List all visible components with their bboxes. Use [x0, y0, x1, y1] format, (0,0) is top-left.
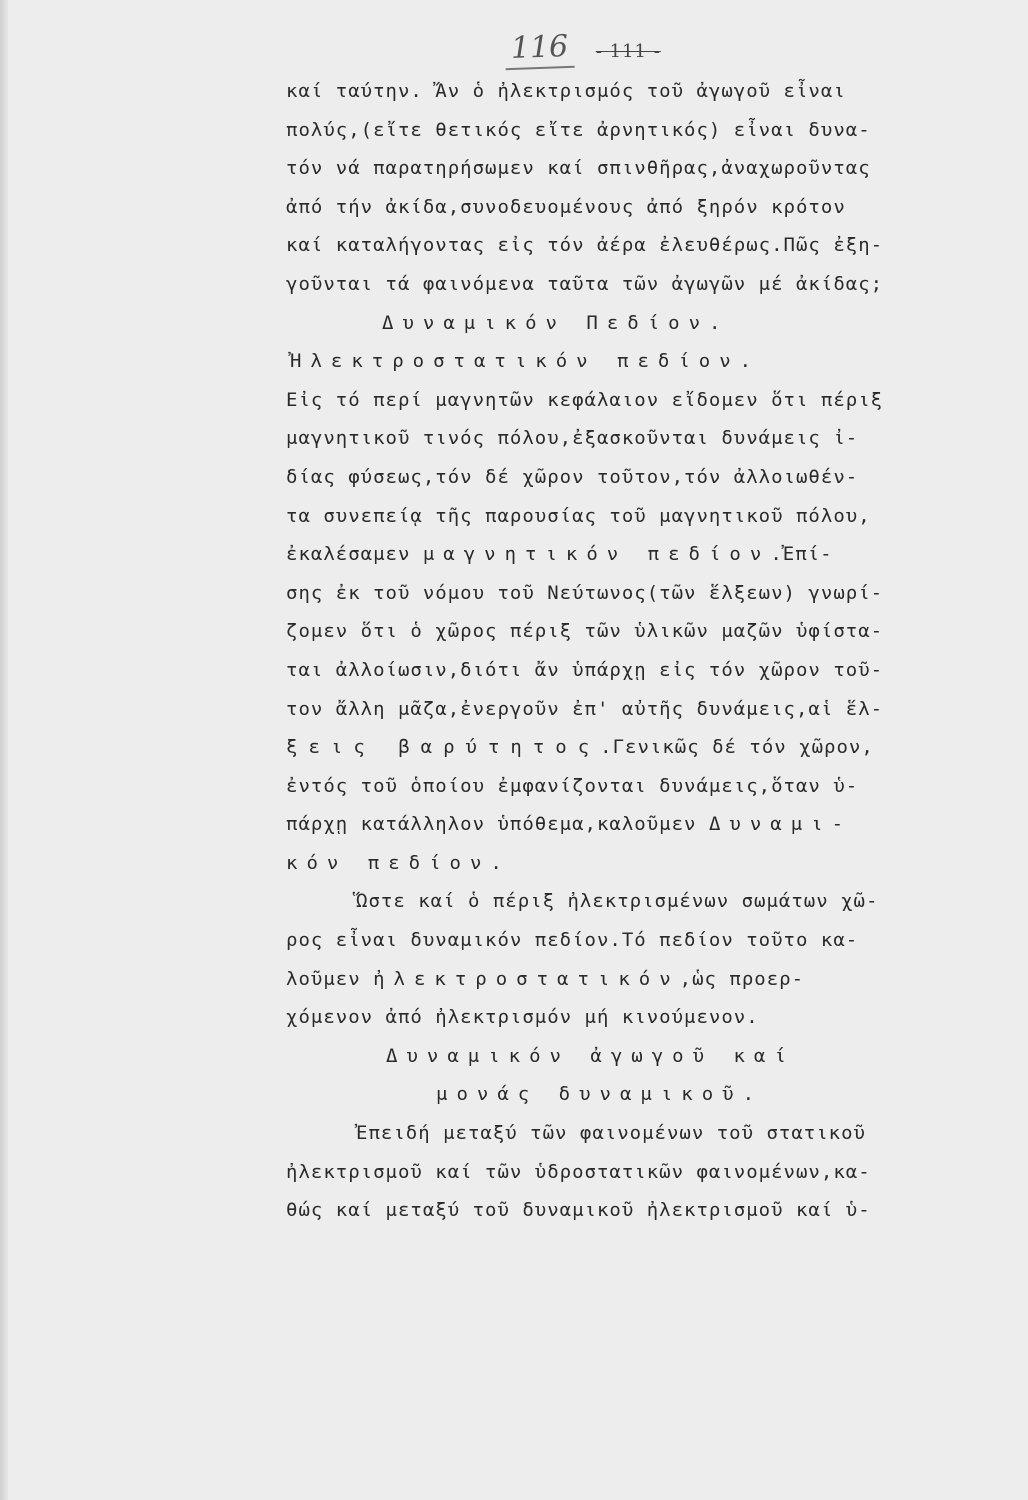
section-heading: Δυναμικόν Πεδίον. — [286, 304, 966, 343]
text-line: ἐκαλέσαμεν μαγνητικόν πεδίον.Ἐπί- — [286, 535, 966, 574]
emphasized-term: Δυναμι- — [709, 813, 852, 835]
section-heading: μονάς δυναμικοῦ. — [286, 1075, 966, 1114]
text-line: χόμενον ἀπό ἠλεκτρισμόν μή κινούμενον. — [286, 998, 966, 1037]
text-line: Εἰς τό περί μαγνητῶν κεφάλαιον εἴδομεν ὅ… — [286, 381, 966, 420]
text-line: ξεις βαρύτητος.Γενικῶς δέ τόν χῶρον, — [286, 728, 966, 767]
emphasized-term: ἠλεκτροστατικόν — [373, 968, 680, 990]
handwritten-page-number: 116 — [504, 29, 575, 70]
text-line: ἀπό τήν ἀκίδα,συνοδευομένους ἀπό ξηρόν κ… — [286, 188, 966, 227]
paragraph-start: Ἐπειδή μεταξύ τῶν φαινομένων τοῦ στατικο… — [286, 1114, 966, 1153]
text-line: ἐντός τοῦ ὁποίου ἐμφανίζονται δυνάμεις,ὅ… — [286, 767, 966, 806]
text-line: λοῦμεν ἠλεκτροστατικόν,ὡς προερ- — [286, 960, 966, 999]
page-number: 116 - 111 - — [505, 30, 661, 69]
text-line: θώς καί μεταξύ τοῦ δυναμικοῦ ἠλεκτρισμοῦ… — [286, 1191, 966, 1230]
scan-binding-edge — [0, 0, 8, 1500]
text-line: δίας φύσεως,τόν δέ χῶρον τοῦτον,τόν ἀλλο… — [286, 458, 966, 497]
struck-typed-page-number: - 111 - — [596, 41, 661, 62]
text-line: μαγνητικοῦ τινός πόλου,ἐξασκοῦνται δυνάμ… — [286, 419, 966, 458]
typewritten-body: καί ταύτην. Ἄν ὁ ἠλεκτρισμός τοῦ ἀγωγοῦ … — [286, 72, 966, 1230]
text-line: ζομεν ὅτι ὁ χῶρος πέριξ τῶν ὑλικῶν μαζῶν… — [286, 612, 966, 651]
section-heading: Δυναμικόν ἀγωγοῦ καί — [286, 1037, 966, 1076]
text-line: πάρχῃ κατάλληλον ὑπόθεμα,καλοῦμεν Δυναμι… — [286, 805, 966, 844]
text-line: πολύς,(εἴτε θετικός εἴτε ἀρνητικός) εἶνα… — [286, 111, 966, 150]
text-line: γοῦνται τά φαινόμενα ταῦτα τῶν ἀγωγῶν μέ… — [286, 265, 966, 304]
text-line: σης ἐκ τοῦ νόμου τοῦ Νεύτωνος(τῶν ἕλξεων… — [286, 574, 966, 613]
section-subheading: Ἠλεκτροστατικόν πεδίον. — [286, 342, 966, 381]
text-line: τόν νά παρατηρήσωμεν καί σπινθῆρας,ἀναχω… — [286, 149, 966, 188]
text-line: ἠλεκτρισμοῦ καί τῶν ὑδροστατικῶν φαινομέ… — [286, 1153, 966, 1192]
text-line: τον ἄλλη μᾶζα,ἐνεργοῦν ἐπ' αὐτῆς δυνάμει… — [286, 690, 966, 729]
text-line: καί καταλήγοντας εἰς τόν ἀέρα ἐλευθέρως.… — [286, 226, 966, 265]
emphasized-term: κόν πεδίον. — [286, 844, 966, 883]
text-line: ται ἀλλοίωσιν,διότι ἄν ὑπάρχῃ εἰς τόν χῶ… — [286, 651, 966, 690]
text-line: καί ταύτην. Ἄν ὁ ἠλεκτρισμός τοῦ ἀγωγοῦ … — [286, 72, 966, 111]
emphasized-term: ξεις βαρύτητος — [286, 736, 600, 758]
text-line: τα συνεπείᾳ τῆς παρουσίας τοῦ μαγνητικοῦ… — [286, 497, 966, 536]
paragraph-start: Ὥστε καί ὁ πέριξ ἠλεκτρισμένων σωμάτων χ… — [286, 882, 966, 921]
text-line: ρος εἶναι δυναμικόν πεδίον.Τό πεδίον τοῦ… — [286, 921, 966, 960]
emphasized-term: μαγνητικόν πεδίον — [423, 543, 770, 565]
